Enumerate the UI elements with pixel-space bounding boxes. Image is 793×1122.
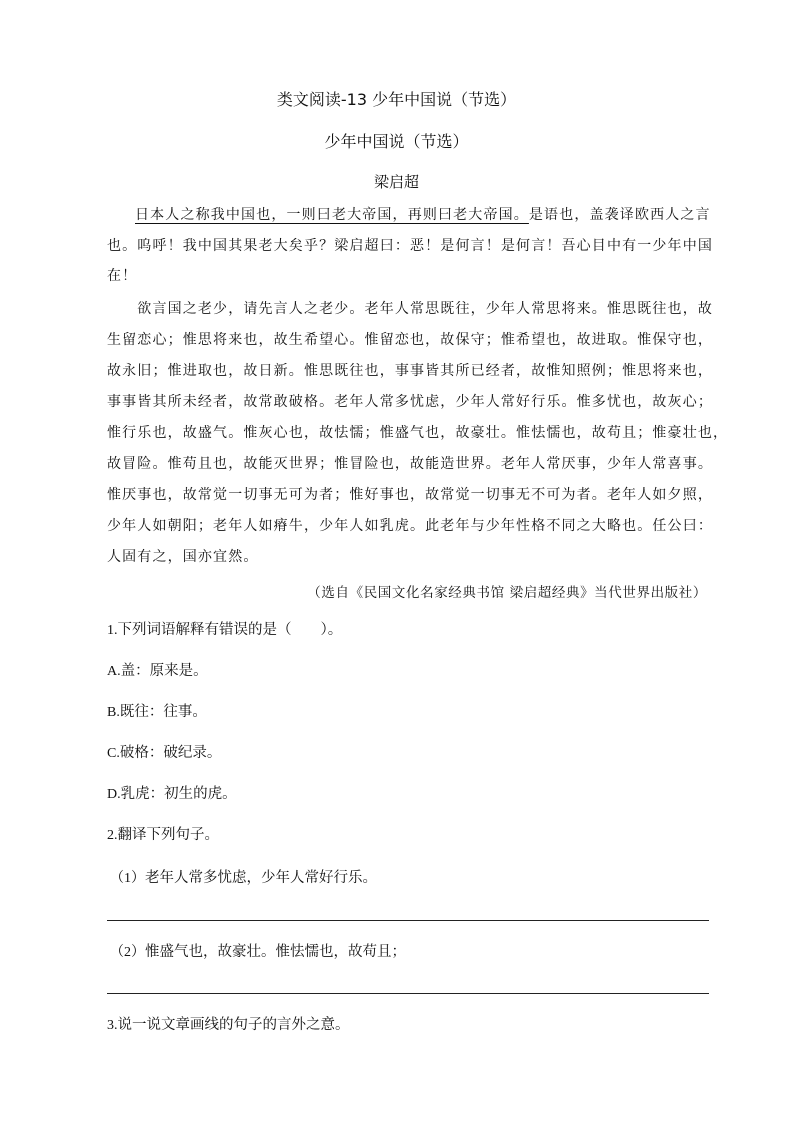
option-letter: B. [107, 705, 120, 720]
paragraph-2-line-4: 事事皆其所未经者，故常敢破格。老年人常多忧虑，少年人常好行乐。惟多忧也，故灰心； [107, 392, 713, 412]
option-letter: C. [107, 746, 120, 761]
option-text: 乳虎：初生的虎。 [121, 786, 237, 802]
paragraph-2-line-3: 故永旧；惟进取也，故日新。惟思既往也，事事皆其所已经者，故惟知照例；惟思将来也， [107, 361, 713, 381]
option-letter: D. [107, 787, 121, 802]
paragraph-2-line-2: 生留恋心；惟思将来也，故生希望心。惟留恋也，故保守；惟希望也，故进取。惟保守也， [107, 330, 713, 350]
paragraph-2-line-1: 欲言国之老少，请先言人之老少。老年人常思既往，少年人常思将来。惟思既往也，故 [107, 299, 713, 319]
item-text: 惟盛气也，故豪壮。惟怯懦也，故苟且； [145, 944, 406, 960]
paragraph-1-line-1: 日本人之称我中国也，一则曰老大帝国，再则曰老大帝国。是语也，盖袭译欧西人之言 [107, 205, 713, 225]
paragraph-1-line-3: 在！ [107, 266, 713, 286]
option-text: 破格：破纪录。 [120, 745, 222, 761]
question-1-stem: 下列词语解释有错误的是（ ）。 [118, 622, 343, 638]
question-3: 3.说一说文章画线的句子的言外之意。 [107, 1013, 350, 1034]
option-text: 盖：原来是。 [121, 663, 208, 679]
question-2-item-2: （2）惟盛气也，故豪壮。惟怯懦也，故苟且； [110, 940, 406, 961]
option-letter: A. [107, 664, 121, 679]
answer-line-2[interactable] [107, 993, 709, 994]
paragraph-2-line-7: 惟厌事也，故常觉一切事无可为者；惟好事也，故常觉一切事无不可为者。老年人如夕照， [107, 485, 713, 505]
paragraph-1-line-1-rest: 是语也，盖袭译欧西人之言 [529, 207, 711, 223]
paragraph-1-line-2: 也。呜呼！我中国其果老大矣乎？梁启超曰：恶！是何言！是何言！吾心目中有一少年中国 [107, 236, 713, 256]
question-1-option-a: A.盖：原来是。 [107, 659, 208, 680]
question-1-option-c: C.破格：破纪录。 [107, 741, 221, 762]
answer-line-1[interactable] [107, 920, 709, 921]
question-1-option-d: D.乳虎：初生的虎。 [107, 782, 237, 803]
item-label: （2） [110, 945, 145, 960]
paragraph-2-line-5: 惟行乐也，故盛气。惟灰心也，故怯懦；惟盛气也，故豪壮。惟怯懦也，故苟且；惟豪壮也… [107, 423, 713, 443]
passage-title: 少年中国说（节选） [0, 129, 793, 152]
question-2: 2.翻译下列句子。 [107, 823, 219, 844]
item-text: 老年人常多忧虑，少年人常好行乐。 [145, 870, 377, 886]
underlined-sentence: 日本人之称我中国也，一则曰老大帝国，再则曰老大帝国。 [135, 207, 529, 223]
question-1-option-b: B.既往：往事。 [107, 700, 207, 721]
question-2-item-1: （1）老年人常多忧虑，少年人常好行乐。 [110, 866, 377, 887]
paragraph-2-line-8: 少年人如朝阳；老年人如瘠牛，少年人如乳虎。此老年与少年性格不同之大略也。任公曰： [107, 516, 713, 536]
question-3-number: 3. [107, 1018, 118, 1033]
question-3-stem: 说一说文章画线的句子的言外之意。 [118, 1017, 350, 1033]
question-2-number: 2. [107, 828, 118, 843]
option-text: 既往：往事。 [120, 704, 207, 720]
paragraph-2-line-6: 故冒险。惟苟且也，故能灭世界；惟冒险也，故能造世界。老年人常厌事，少年人常喜事。 [107, 454, 713, 474]
question-1: 1.下列词语解释有错误的是（ ）。 [107, 618, 342, 639]
passage-author: 梁启超 [0, 171, 793, 192]
paragraph-2-line-9: 人固有之，国亦宜然。 [107, 547, 713, 567]
document-title: 类文阅读-13 少年中国说（节选） [0, 87, 793, 110]
question-2-stem: 翻译下列句子。 [118, 827, 220, 843]
item-label: （1） [110, 871, 145, 886]
passage-source: （选自《民国文化名家经典书馆 梁启超经典》当代世界出版社） [307, 581, 707, 601]
question-1-number: 1. [107, 623, 118, 638]
